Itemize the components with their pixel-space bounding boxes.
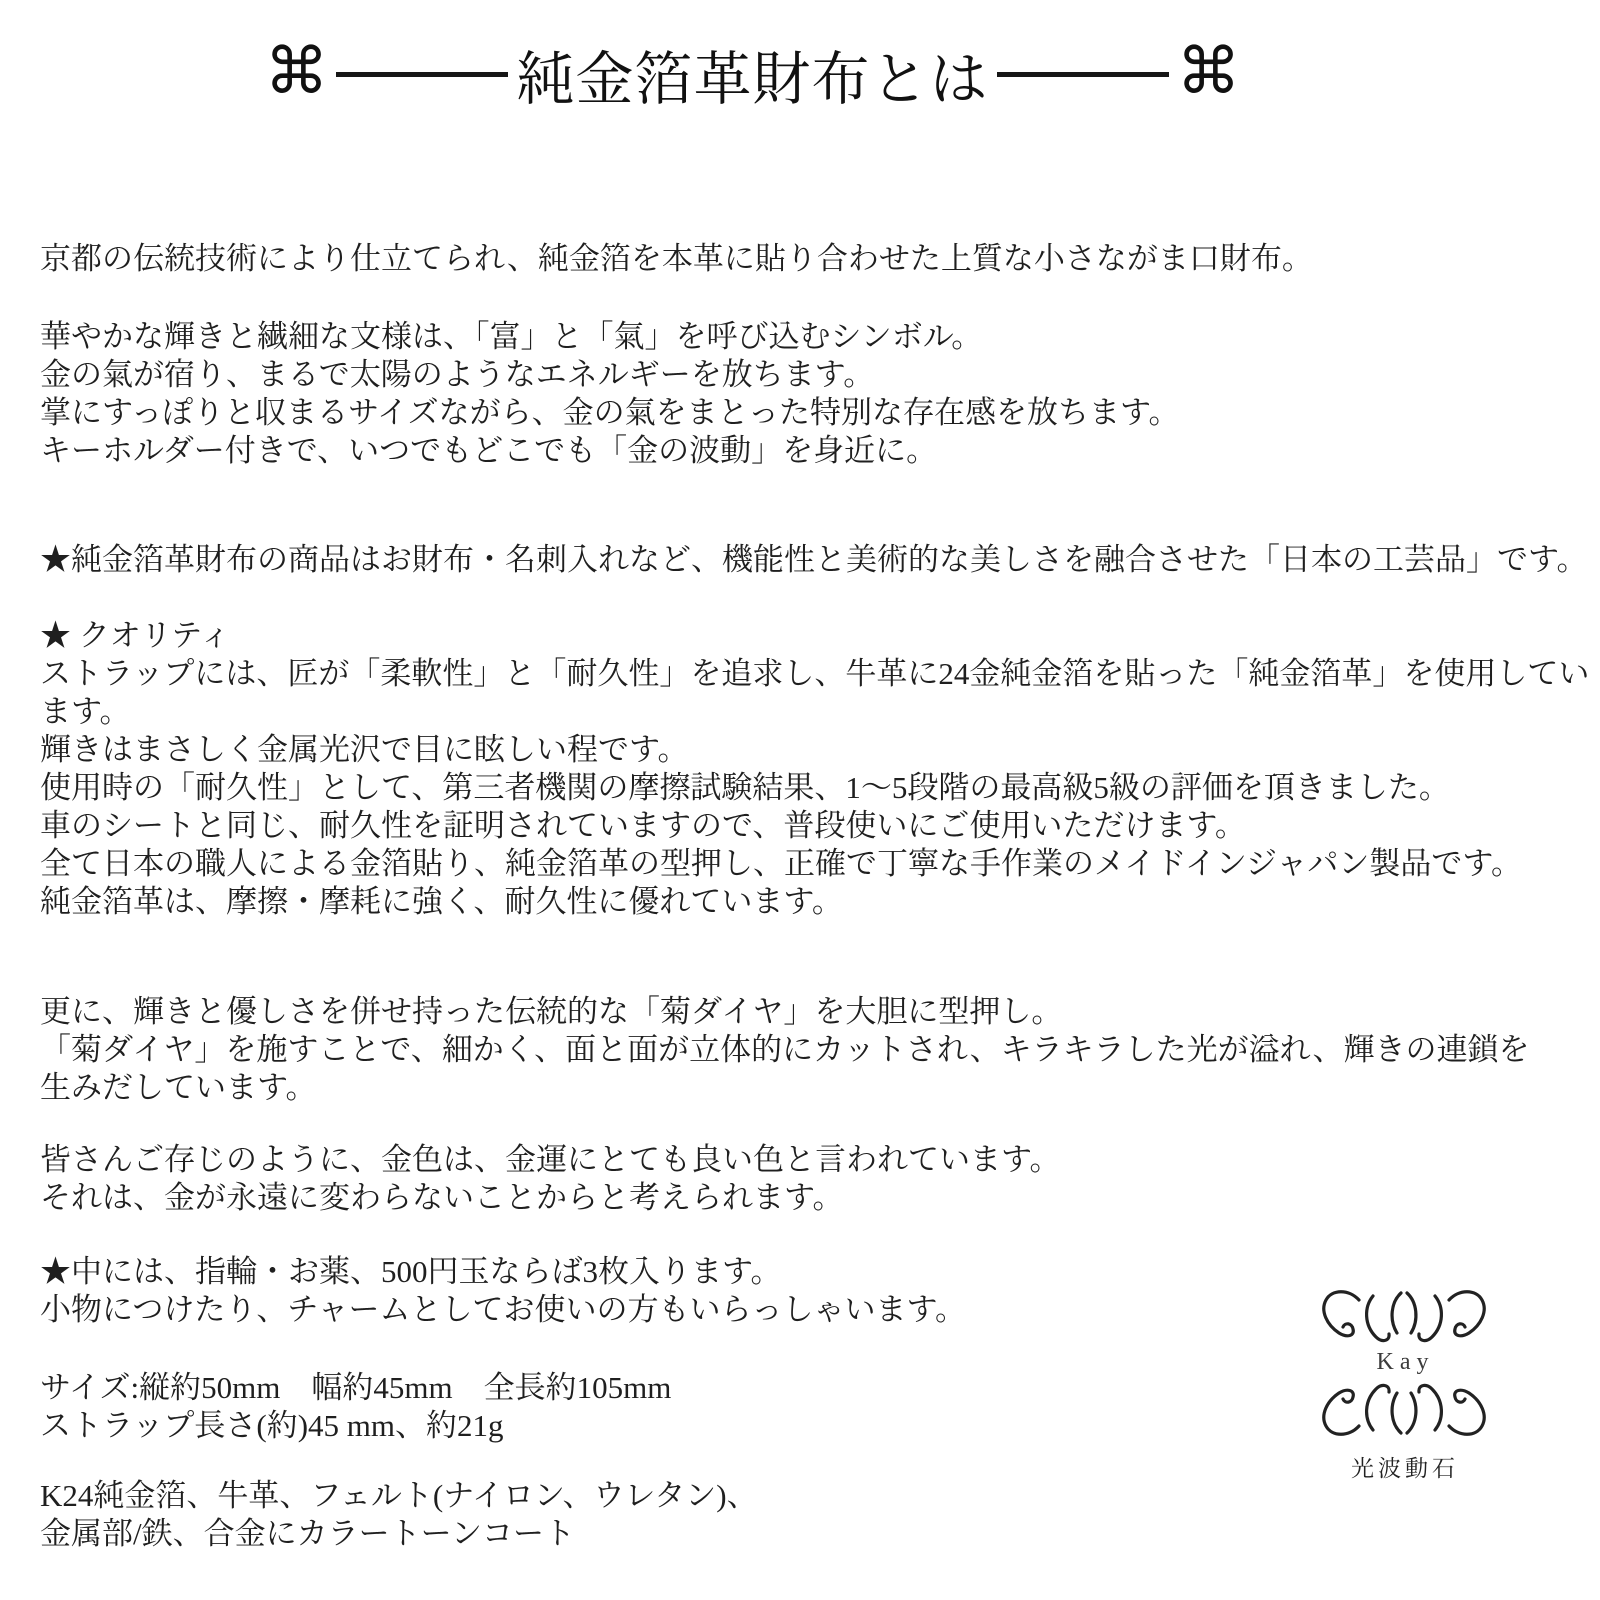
paragraph-craft-summary: ★純金箔革財布の商品はお財布・名刺入れなど、機能性と美術的な美しさを融合させた「… [40,541,1588,579]
paragraph-quality: ★ クオリティストラップには、匠が「柔軟性」と「耐久性」を追求し、牛革に24金純… [40,617,1589,921]
flourish-ornament-icon [1318,1378,1490,1440]
title-rule-right [997,72,1169,77]
paragraph-symbolism: 華やかな輝きと繊細な文様は、「富」と「氣」を呼び込むシンボル。金の氣が宿り、まる… [40,318,1180,470]
corner-loop-ornament-icon: ⌘ [1177,40,1241,104]
product-description-page: { "title": { "text": "純金箔革財布とは", "orname… [0,0,1600,1600]
brand-logo: Kay 光波動石 [1318,1286,1490,1483]
paragraph-materials: K24純金箔、牛革、フェルト(ナイロン、ウレタン)、金属部/鉄、合金にカラートー… [40,1477,758,1553]
flourish-ornament-icon [1318,1286,1490,1348]
paragraph-capacity: ★中には、指輪・お薬、500円玉ならば3枚入ります。小物につけたり、チャームとし… [40,1253,966,1329]
page-header: ⌘ 純金箔革財布とは ⌘ [0,34,1505,114]
paragraph-gold-luck: 皆さんご存じのように、金色は、金運にとても良い色と言われています。それは、金が永… [40,1141,1061,1217]
brand-name: Kay [1321,1350,1490,1374]
paragraph-intro: 京都の伝統技術により仕立てられ、純金箔を本革に貼り合わせた上質な小さながま口財布… [40,240,1313,278]
title-rule-left [336,72,508,77]
page-title: 純金箔革財布とは [516,32,988,116]
corner-loop-ornament-icon: ⌘ [264,40,328,104]
paragraph-size: サイズ:縦約50mm 幅約45mm 全長約105mmストラップ長さ(約)45 m… [40,1369,671,1445]
paragraph-kiku-diamond: 更に、輝きと優しさを併せ持った伝統的な「菊ダイヤ」を大胆に型押し。「菊ダイヤ」を… [40,993,1530,1107]
brand-tagline: 光波動石 [1320,1450,1490,1483]
